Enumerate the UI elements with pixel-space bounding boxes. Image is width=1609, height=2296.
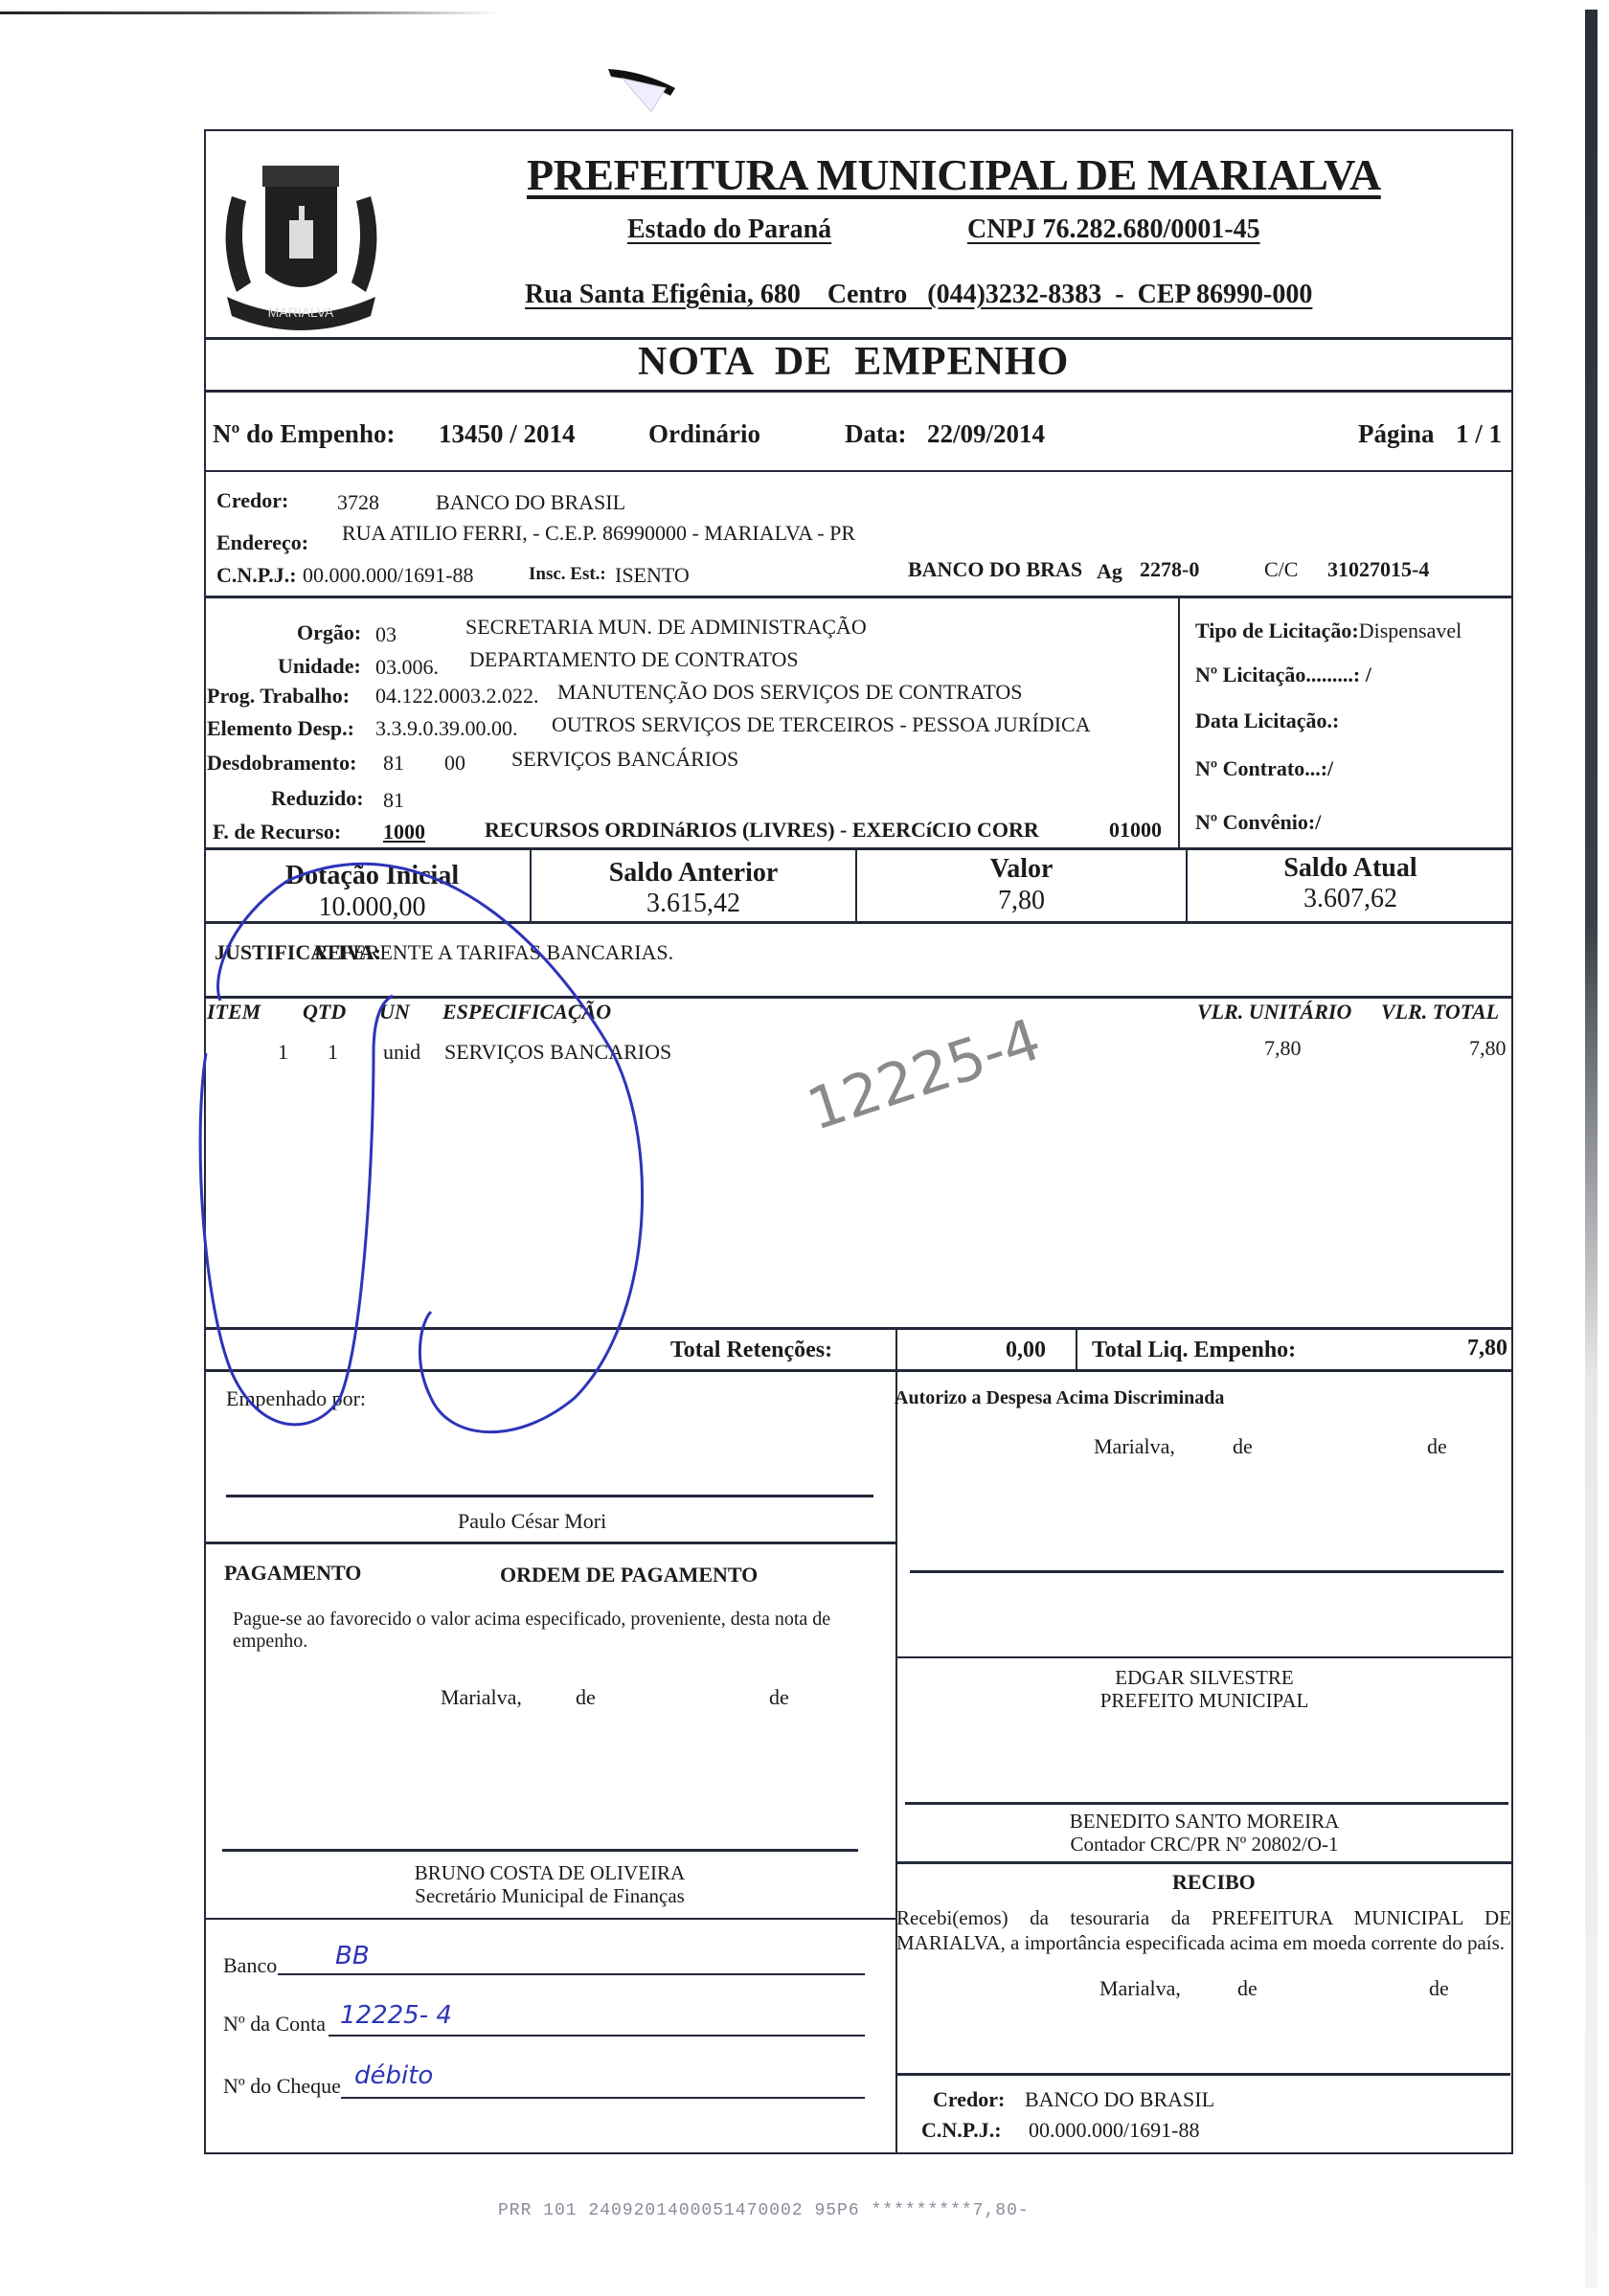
licitacao-number: Nº Licitação.........: / <box>1195 664 1371 686</box>
recibo-cnpj: 00.000.000/1691-88 <box>1029 2120 1199 2141</box>
col-especificacao: ESPECIFICAÇÃO <box>442 1002 611 1023</box>
account-number: 31027015-4 <box>1327 559 1429 580</box>
credor-cnpj: 00.000.000/1691-88 <box>303 565 473 586</box>
page-number: 1 / 1 <box>1456 421 1502 447</box>
saldo-anterior-value: 3.615,42 <box>532 889 855 919</box>
prefeito-title: PREFEITO MUNICIPAL <box>895 1689 1513 1712</box>
orgao-desc: SECRETARIA MUN. DE ADMINISTRAÇÃO <box>465 617 867 638</box>
divider <box>895 1861 1513 1864</box>
autorizo-label: Autorizo a Despesa Acima Discriminada <box>895 1388 1224 1407</box>
row-valor-total: 7,80 <box>1469 1038 1507 1059</box>
divider <box>204 596 1513 598</box>
place-date-city: Marialva, <box>1094 1436 1175 1457</box>
row-qtd: 1 <box>328 1042 338 1063</box>
divider <box>204 847 1513 850</box>
saldo-atual-value: 3.607,62 <box>1188 884 1513 914</box>
prog-trabalho-desc: MANUTENÇÃO DOS SERVIÇOS DE CONTRATOS <box>557 682 1023 703</box>
insc-label: Insc. Est.: <box>529 565 606 583</box>
cnpj-field-label: C.N.P.J.: <box>216 565 297 586</box>
cheque-label: Nº do Cheque <box>223 2076 341 2097</box>
tipo-licitacao-label: Tipo de Licitação: <box>1195 619 1359 642</box>
place-date-city: Marialva, <box>1099 1978 1181 1999</box>
credor-code: 3728 <box>337 492 379 513</box>
justificativa-text: REFERENTE A TARIFAS BANCARIAS. <box>314 942 673 963</box>
elemento-code: 3.3.9.0.39.00.00. <box>375 718 518 739</box>
place-date-de: de <box>1429 1978 1449 1999</box>
scan-edge-right <box>1585 10 1598 2288</box>
saldo-atual-label: Saldo Atual <box>1188 853 1513 884</box>
banco-field[interactable] <box>278 1973 865 1975</box>
credor-address: RUA ATILIO FERRI, - C.E.P. 86990000 - MA… <box>342 523 855 544</box>
secretario-block: BRUNO COSTA DE OLIVEIRA Secretário Munic… <box>204 1861 895 1907</box>
conta-field[interactable] <box>329 2035 865 2037</box>
unidade-code: 03.006. <box>375 657 439 678</box>
secretario-title: Secretário Municipal de Finanças <box>204 1884 895 1907</box>
prefeito-name: EDGAR SILVESTRE <box>895 1666 1513 1689</box>
recurso-desc: RECURSOS ORDINáRIOS (LIVRES) - EXERCíCIO… <box>485 820 1039 841</box>
address-label: Rua Santa Efigênia, 680 Centro (044)3232… <box>525 281 1312 308</box>
recibo-credor-label: Credor: <box>933 2089 1005 2110</box>
desdobramento-sub: 00 <box>444 753 465 774</box>
divider <box>204 1542 895 1544</box>
place-date-de: de <box>769 1687 789 1708</box>
place-date-de: de <box>1233 1436 1253 1457</box>
valor-label: Valor <box>857 854 1186 885</box>
reduzido-label: Reduzido: <box>271 788 364 809</box>
place-date-city: Marialva, <box>441 1687 522 1708</box>
empenho-number-label: Nº do Empenho: <box>213 421 395 447</box>
dotacao-inicial-value: 10.000,00 <box>215 892 530 923</box>
desdobramento-desc: SERVIÇOS BANCÁRIOS <box>511 749 738 770</box>
divider <box>204 1369 1513 1372</box>
total-liquido-label: Total Liq. Empenho: <box>1092 1339 1296 1362</box>
document-title: NOTA DE EMPENHO <box>638 342 1069 382</box>
empenho-number: 13450 / 2014 <box>439 421 576 447</box>
recibo-cnpj-label: C.N.P.J.: <box>921 2120 1002 2141</box>
signature-line <box>910 1570 1504 1573</box>
prog-trabalho-label: Prog. Trabalho: <box>207 686 350 707</box>
divider <box>204 390 1513 393</box>
pagamento-text: Pague-se ao favorecido o valor acima esp… <box>233 1609 846 1653</box>
contador-title: Contador CRC/PR Nº 20802/O-1 <box>895 1833 1513 1856</box>
bank-name: BANCO DO BRAS <box>908 559 1082 580</box>
account-label: C/C <box>1264 559 1298 580</box>
col-item: ITEM <box>207 1002 261 1023</box>
total-liquido-value: 7,80 <box>1467 1337 1507 1360</box>
total-retencoes-label: Total Retenções: <box>670 1339 832 1362</box>
prefeito-block: EDGAR SILVESTRE PREFEITO MUNICIPAL <box>895 1666 1513 1712</box>
contrato-number: Nº Contrato...:/ <box>1195 758 1333 779</box>
divider <box>1076 1327 1077 1369</box>
cheque-field[interactable] <box>341 2097 865 2099</box>
col-valor-unitario: VLR. UNITÁRIO <box>1197 1002 1351 1023</box>
municipality-title: PREFEITURA MUNICIPAL DE MARIALVA <box>527 153 1381 197</box>
credor-name: BANCO DO BRASIL <box>436 492 625 513</box>
reduzido-value: 81 <box>383 790 404 811</box>
recurso-label: F. de Recurso: <box>213 822 341 843</box>
address-field-label: Endereço: <box>216 532 308 553</box>
bank-authentication-code: PRR 101 2409201400051470002 95P6 *******… <box>498 2202 1030 2219</box>
empenho-date: 22/09/2014 <box>927 421 1045 447</box>
empenho-type: Ordinário <box>648 421 760 447</box>
municipal-coat-of-arms-icon: MARIALVA <box>213 139 390 340</box>
licitacao-date: Data Licitação.: <box>1195 710 1339 732</box>
elemento-desc: OUTROS SERVIÇOS DE TERCEIROS - PESSOA JU… <box>552 714 1091 735</box>
total-retencoes-value: 0,00 <box>1006 1339 1046 1362</box>
elemento-label: Elemento Desp.: <box>207 718 354 739</box>
signature-line <box>895 2073 1510 2076</box>
unidade-desc: DEPARTAMENTO DE CONTRATOS <box>469 649 799 670</box>
desdobramento-code: 81 <box>383 753 404 774</box>
place-date-de: de <box>576 1687 596 1708</box>
divider <box>1178 596 1180 847</box>
divider <box>895 1327 897 2154</box>
ordem-pagamento-label: ORDEM DE PAGAMENTO <box>500 1564 758 1586</box>
dotacao-inicial-label: Dotação Inicial <box>215 861 530 891</box>
valor-value: 7,80 <box>857 886 1186 916</box>
banco-label: Banco <box>223 1955 277 1976</box>
recibo-text: Recebi(emos) da tesouraria da PREFEITURA… <box>896 1905 1511 1955</box>
cnpj-label: CNPJ 76.282.680/0001-45 <box>967 216 1260 243</box>
divider <box>204 996 1513 999</box>
tipo-licitacao-value: Dispensavel <box>1359 619 1462 642</box>
desdobramento-label: Desdobramento: <box>207 753 356 774</box>
row-valor-unitario: 7,80 <box>1264 1038 1302 1059</box>
secretario-name: BRUNO COSTA DE OLIVEIRA <box>204 1861 895 1884</box>
convenio-number: Nº Convênio:/ <box>1195 812 1321 833</box>
svg-text:MARIALVA: MARIALVA <box>268 304 334 320</box>
col-valor-total: VLR. TOTAL <box>1381 1002 1499 1023</box>
contador-block: BENEDITO SANTO MOREIRA Contador CRC/PR N… <box>895 1810 1513 1856</box>
col-un: UN <box>379 1002 410 1023</box>
recurso-code: 1000 <box>383 822 425 843</box>
empenhado-name: Paulo César Mori <box>458 1511 606 1532</box>
tipo-licitacao: Tipo de Licitação:Dispensavel <box>1195 620 1462 642</box>
prog-trabalho-code: 04.122.0003.2.022. <box>375 686 539 707</box>
row-item: 1 <box>278 1042 288 1063</box>
divider <box>204 1918 895 1920</box>
recibo-credor: BANCO DO BRASIL <box>1025 2089 1214 2110</box>
divider <box>895 1656 1513 1658</box>
empenhado-label: Empenhado por: <box>226 1388 366 1409</box>
col-qtd: QTD <box>303 1002 346 1023</box>
staple-mark-icon <box>603 59 709 117</box>
row-especificacao: SERVIÇOS BANCARIOS <box>444 1042 671 1063</box>
place-date-de: de <box>1427 1436 1447 1457</box>
pagamento-label: PAGAMENTO <box>224 1563 361 1584</box>
conta-value: 12225- 4 <box>340 2003 452 2028</box>
orgao-label: Orgão: <box>297 622 361 643</box>
banco-value: BB <box>335 1944 370 1969</box>
insc-value: ISENTO <box>615 565 690 586</box>
place-date-de: de <box>1237 1978 1258 1999</box>
credor-label: Credor: <box>216 490 288 511</box>
contador-name: BENEDITO SANTO MOREIRA <box>895 1810 1513 1833</box>
signature-line <box>226 1495 873 1497</box>
page-label: Página <box>1358 421 1435 447</box>
date-label: Data: <box>845 421 906 447</box>
signature-line <box>222 1849 858 1852</box>
agency-label: Ag <box>1097 561 1122 582</box>
signature-line <box>905 1802 1508 1805</box>
divider <box>204 1327 1513 1330</box>
row-un: unid <box>383 1042 420 1063</box>
scan-edge-top <box>0 11 498 14</box>
state-label: Estado do Paraná <box>627 216 831 243</box>
recurso-number: 01000 <box>1109 820 1162 841</box>
cheque-value: débito <box>354 2063 433 2088</box>
recibo-label: RECIBO <box>1172 1872 1256 1893</box>
saldo-anterior-label: Saldo Anterior <box>532 858 855 889</box>
conta-label: Nº da Conta <box>223 2014 326 2035</box>
orgao-code: 03 <box>375 624 397 645</box>
unidade-label: Unidade: <box>278 656 361 677</box>
divider <box>204 470 1513 472</box>
agency-number: 2278-0 <box>1140 559 1199 580</box>
